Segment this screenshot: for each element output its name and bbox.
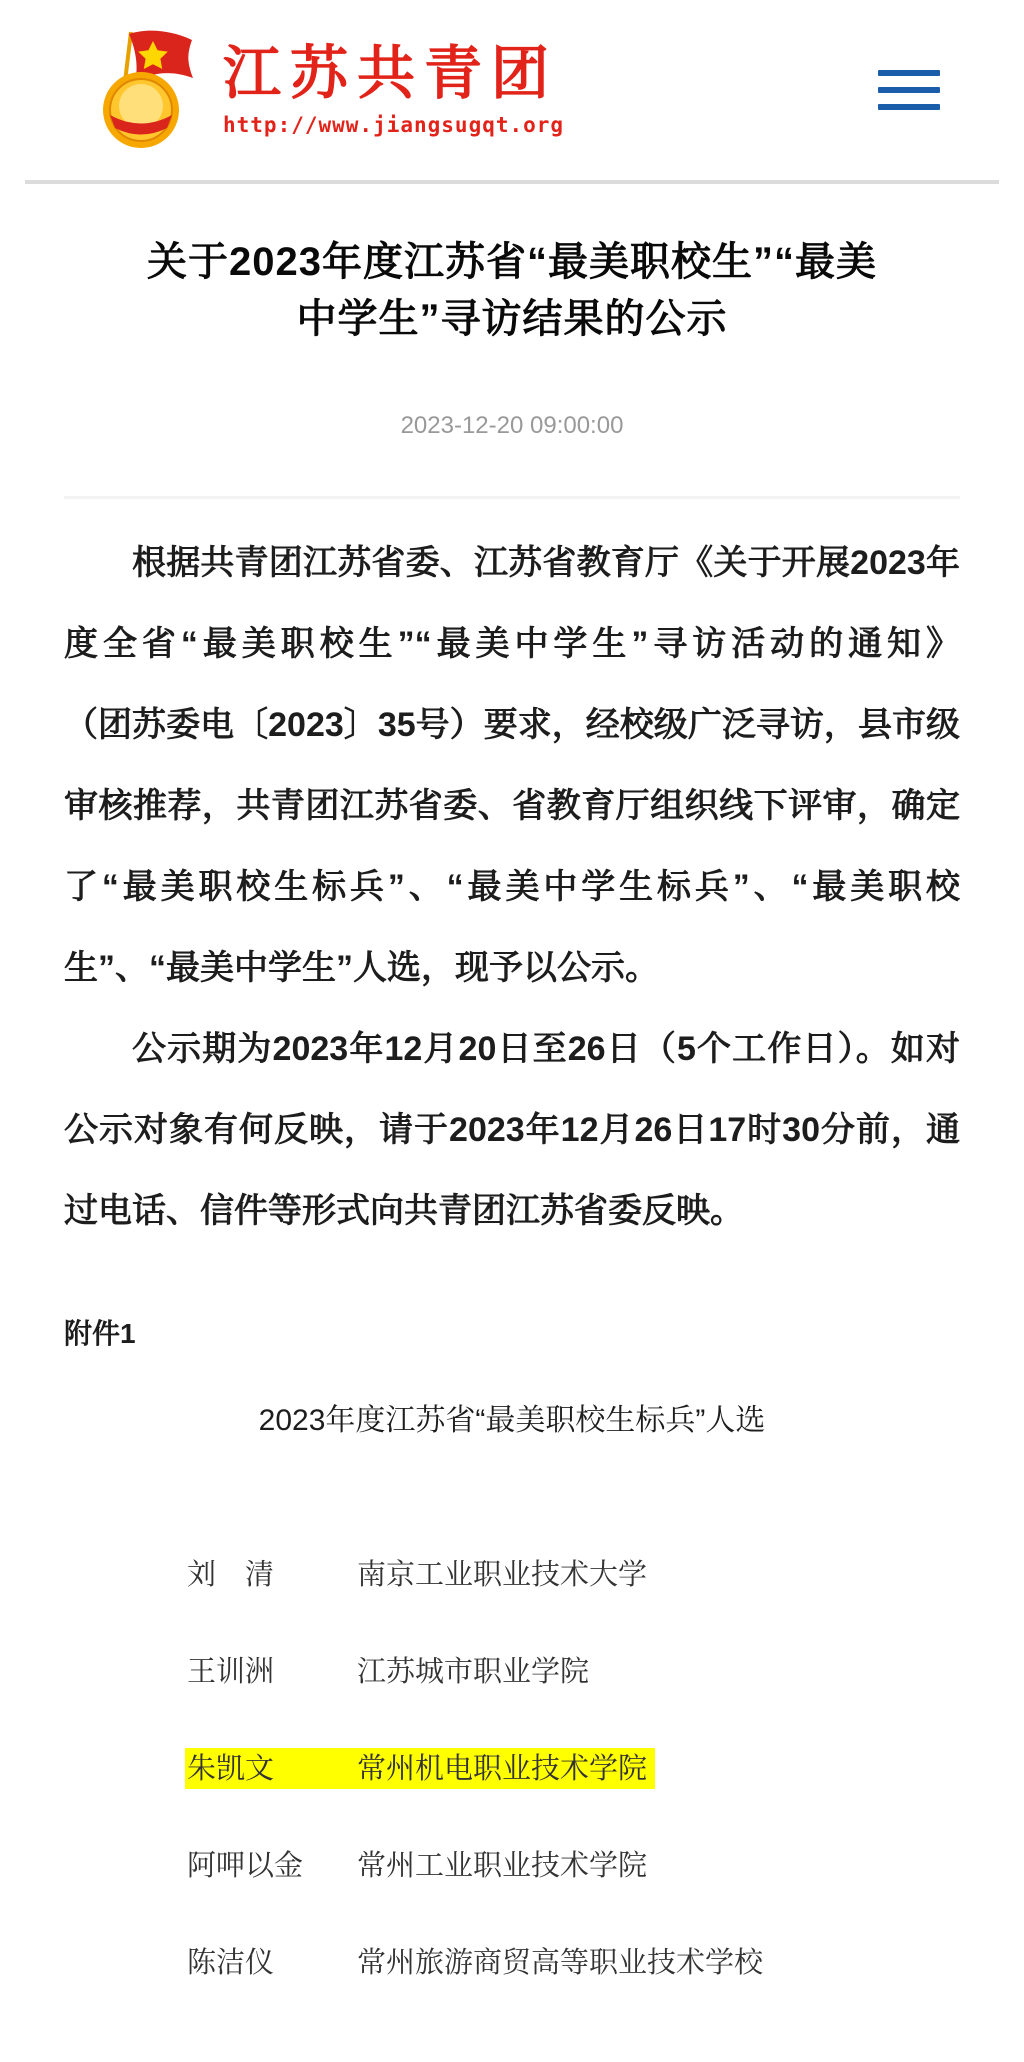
attachment-title: 2023年度江苏省“最美职校生标兵”人选 — [64, 1400, 960, 1442]
paragraph-line: 根据共青团江苏省委、江苏省教育厅《关于开展2023年 — [64, 523, 960, 604]
roster-row: 刘 清南京工业职业技术大学 — [185, 1554, 960, 1595]
logo-text: 江苏共青团 http://www.jiangsugqt.org — [223, 43, 564, 137]
student-name: 王训洲 — [187, 1651, 357, 1692]
roster-row-content: 王训洲江苏城市职业学院 — [185, 1651, 597, 1692]
student-name: 阿呷以金 — [187, 1845, 357, 1886]
header-divider — [25, 180, 999, 184]
student-name: 朱凯文 — [187, 1748, 357, 1789]
paragraph-line: 公示对象有何反映，请于2023年12月26日17时30分前，通 — [64, 1090, 960, 1171]
roster-row: 陈洁仪常州旅游商贸高等职业技术学校 — [185, 1942, 960, 1983]
site-url: http://www.jiangsugqt.org — [223, 113, 564, 137]
school-name: 常州旅游商贸高等职业技术学校 — [357, 1945, 763, 1979]
article-paragraph: 根据共青团江苏省委、江苏省教育厅《关于开展2023年度全省“最美职校生”“最美中… — [64, 523, 960, 1009]
roster-row: 王训洲江苏城市职业学院 — [185, 1651, 960, 1692]
article-body: 根据共青团江苏省委、江苏省教育厅《关于开展2023年度全省“最美职校生”“最美中… — [64, 523, 960, 1252]
paragraph-line: 度全省“最美职校生”“最美中学生”寻访活动的通知》 — [64, 604, 960, 685]
school-name: 江苏城市职业学院 — [357, 1654, 589, 1688]
site-header: 江苏共青团 http://www.jiangsugqt.org — [0, 0, 1024, 180]
school-name: 常州机电职业技术学院 — [357, 1751, 647, 1785]
paragraph-line: 了“最美职校生标兵”、“最美中学生标兵”、“最美职校 — [64, 847, 960, 928]
roster-row-content: 阿呷以金常州工业职业技术学院 — [185, 1845, 655, 1886]
school-name: 南京工业职业技术大学 — [357, 1557, 647, 1591]
paragraph-line: 过电话、信件等形式向共青团江苏省委反映。 — [64, 1171, 960, 1252]
roster-row: 朱凯文常州机电职业技术学院 — [185, 1748, 960, 1789]
student-name: 陈洁仪 — [187, 1942, 357, 1983]
paragraph-line: （团苏委电〔2023〕35号）要求，经校级广泛寻访，县市级 — [64, 685, 960, 766]
title-line: 中学生”寻访结果的公示 — [64, 291, 960, 348]
roster-row-content: 刘 清南京工业职业技术大学 — [185, 1554, 655, 1595]
page: 江苏共青团 http://www.jiangsugqt.org 关于2023年度… — [0, 0, 1024, 2062]
paragraph-line: 生”、“最美中学生”人选，现予以公示。 — [64, 928, 960, 1009]
paragraph-line: 公示期为2023年12月20日至26日（5个工作日）。如对 — [64, 1009, 960, 1090]
title-line: 关于2023年度江苏省“最美职校生”“最美 — [64, 234, 960, 291]
league-emblem-icon — [95, 28, 203, 152]
roster-row: 阿呷以金常州工业职业技术学院 — [185, 1845, 960, 1886]
publish-date: 2023-12-20 09:00:00 — [64, 412, 960, 440]
hamburger-icon — [878, 70, 940, 76]
roster-list: 刘 清南京工业职业技术大学王训洲江苏城市职业学院朱凯文常州机电职业技术学院阿呷以… — [64, 1554, 960, 1983]
site-logo[interactable]: 江苏共青团 http://www.jiangsugqt.org — [95, 28, 564, 152]
roster-row-content: 陈洁仪常州旅游商贸高等职业技术学校 — [185, 1942, 771, 1983]
site-name: 江苏共青团 — [223, 43, 564, 106]
attachment-label: 附件1 — [64, 1314, 960, 1354]
menu-button[interactable] — [878, 70, 940, 110]
paragraph-line: 审核推荐，共青团江苏省委、省教育厅组织线下评审，确定 — [64, 766, 960, 847]
content-divider — [64, 496, 960, 499]
student-name: 刘 清 — [187, 1554, 357, 1595]
article-content: 关于2023年度江苏省“最美职校生”“最美中学生”寻访结果的公示 2023-12… — [0, 234, 1024, 1983]
roster-row-highlighted: 朱凯文常州机电职业技术学院 — [185, 1748, 655, 1789]
article-paragraph: 公示期为2023年12月20日至26日（5个工作日）。如对公示对象有何反映，请于… — [64, 1009, 960, 1252]
school-name: 常州工业职业技术学院 — [357, 1848, 647, 1882]
article-title: 关于2023年度江苏省“最美职校生”“最美中学生”寻访结果的公示 — [64, 234, 960, 348]
